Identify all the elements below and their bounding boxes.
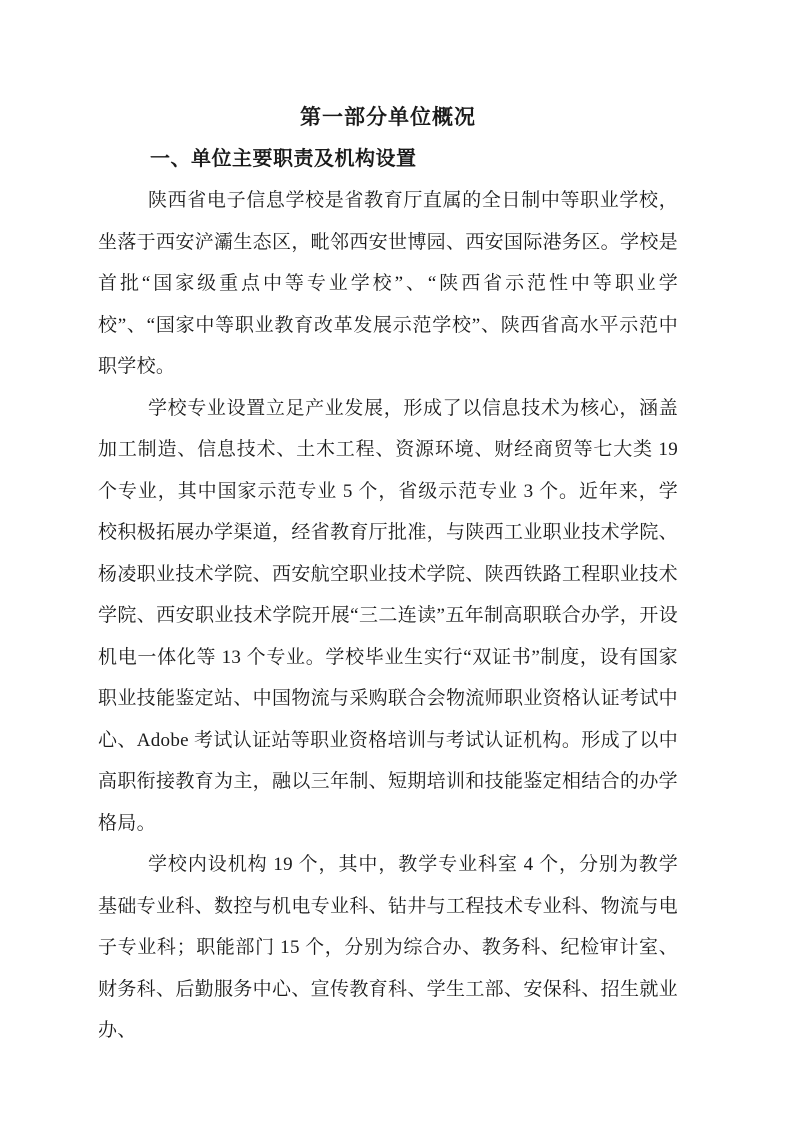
paragraph-internal-organization: 学校内设机构 19 个，其中，教学专业科室 4 个，分别为教学基础专业科、数控与… — [98, 844, 678, 1052]
paragraph-school-intro: 陕西省电子信息学校是省教育厅直属的全日制中等职业学校，坐落于西安浐灞生态区，毗邻… — [98, 180, 678, 388]
paragraph-majors-and-programs: 学校专业设置立足产业发展，形成了以信息技术为核心，涵盖加工制造、信息技术、土木工… — [98, 388, 678, 845]
document-title: 第一部分单位概况 — [98, 97, 678, 139]
section-heading: 一、单位主要职责及机构设置 — [98, 139, 678, 181]
document-page: 第一部分单位概况 一、单位主要职责及机构设置 陕西省电子信息学校是省教育厅直属的… — [0, 0, 794, 1123]
